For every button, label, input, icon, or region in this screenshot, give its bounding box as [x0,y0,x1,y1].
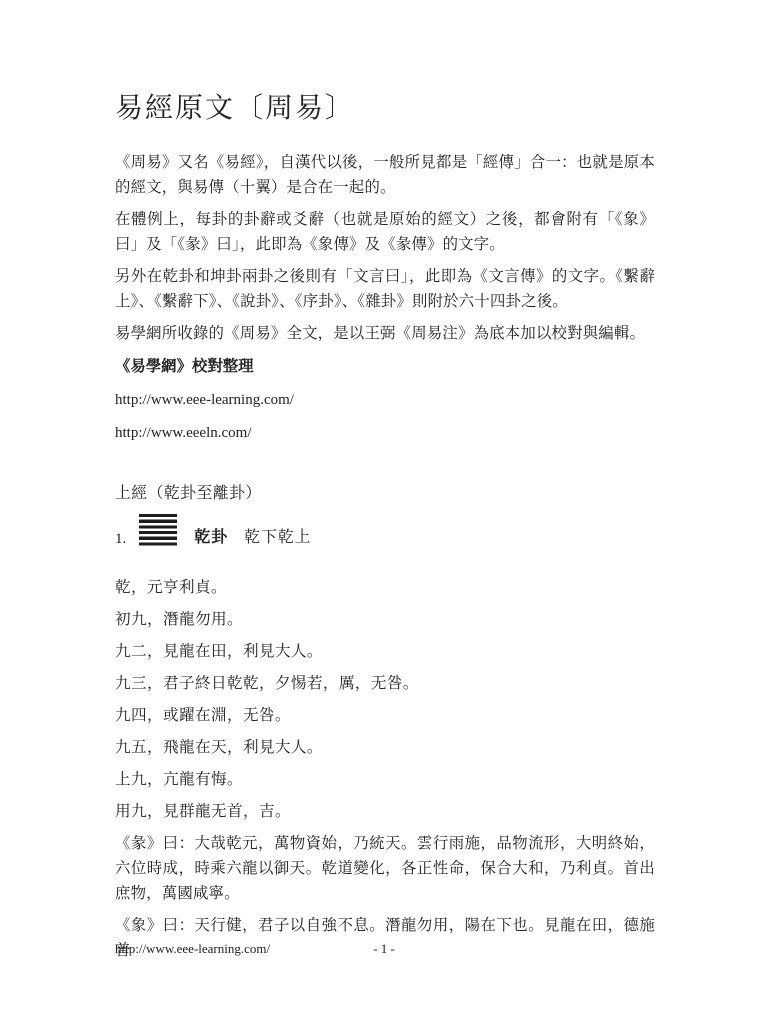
verse-line-yong-jiu: 用九，見群龍无首，吉。 [115,799,655,824]
hexagram-entry-row: 1. 乾卦 乾下乾上 [115,514,655,548]
intro-paragraph-3: 另外在乾卦和坤卦兩卦之後則有「文言曰」，此即為《文言傳》的文字。《繫辭上》、《繫… [115,264,655,314]
intro-paragraph-2: 在體例上，每卦的卦辭或爻辭（也就是原始的經文）之後，都會附有「《象》曰」及「《彖… [115,207,655,257]
intro-paragraph-4: 易學網所收錄的《周易》全文，是以王弼《周易注》為底本加以校對與編輯。 [115,321,655,346]
verse-line-jiu-san: 九三，君子終日乾乾，夕惕若，厲，无咎。 [115,671,655,696]
link-eee-learning[interactable]: http://www.eee-learning.com/ [115,389,655,411]
verse-line-jiu-er: 九二，見龍在田，利見大人。 [115,639,655,664]
hexagram-name: 乾卦 [194,528,228,548]
document-page: 易經原文〔周易〕 《周易》又名《易經》，自漢代以後，一般所見都是「經傳」合一：也… [0,0,768,1024]
section-heading-upper-canon: 上經（乾卦至離卦） [115,481,655,506]
intro-paragraph-1: 《周易》又名《易經》，自漢代以後，一般所見都是「經傳」合一：也就是原本的經文，與… [115,150,655,200]
verse-line-jiu-si: 九四，或躍在淵，无咎。 [115,703,655,728]
verse-line-jiu-wu: 九五，飛龍在天，利見大人。 [115,735,655,760]
verse-line-shang-jiu: 上九，亢龍有悔。 [115,767,655,792]
hexagram-number: 1. [115,530,126,548]
document-title: 易經原文〔周易〕 [115,92,655,126]
page-footer: http://www.eee-learning.com/ - 1 - [0,941,768,961]
editor-credit: 《易學網》校對整理 [115,354,655,379]
tuan-commentary-paragraph: 《彖》曰：大哉乾元，萬物資始，乃統天。雲行雨施，品物流形，大明終始，六位時成，時… [115,831,655,906]
qian-hexagram-icon [139,514,177,548]
footer-page-number: - 1 - [0,941,768,957]
link-eeeln[interactable]: http://www.eeeln.com/ [115,422,655,444]
verse-line-chu-jiu: 初九，潛龍勿用。 [115,607,655,632]
verse-line-gua-statement: 乾，元亨利貞。 [115,575,655,600]
hexagram-trigram-note: 乾下乾上 [244,528,311,548]
